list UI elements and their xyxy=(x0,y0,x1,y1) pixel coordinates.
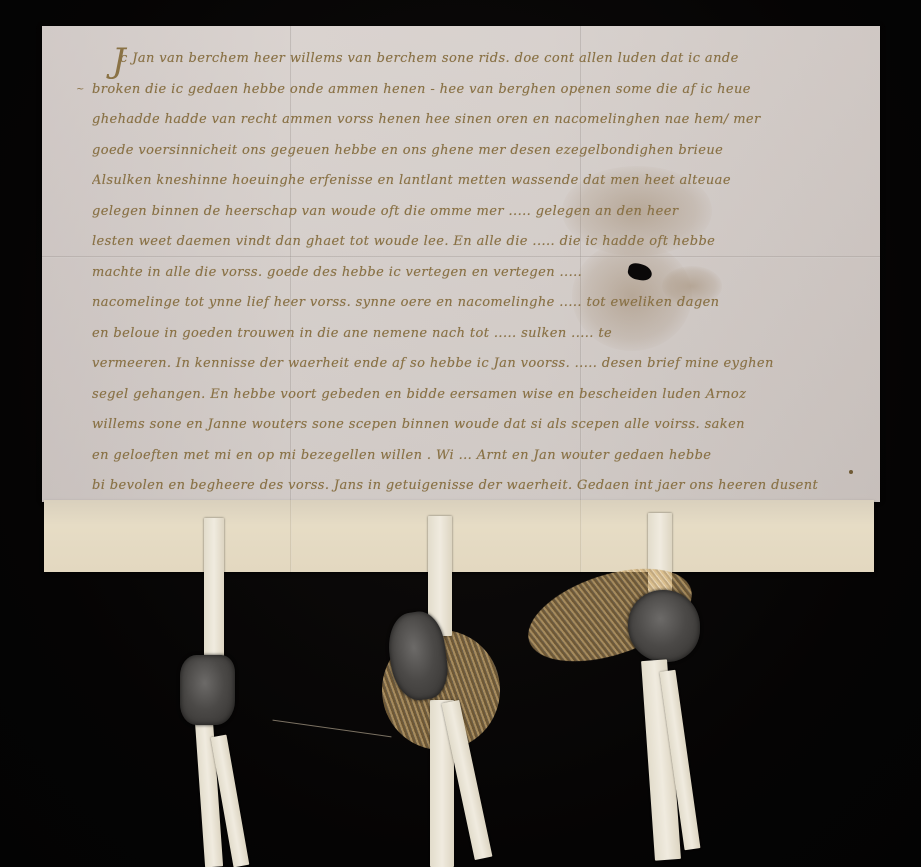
text-line: goede voersinnicheit ons gegeuen hebbe e… xyxy=(92,136,872,167)
text-line: segel gehangen. En hebbe voort gebeden e… xyxy=(92,380,872,411)
text-line: lesten weet daemen vindt dan ghaet tot w… xyxy=(92,227,872,258)
text-line: Alsulken kneshinne hoeuinghe erfenisse e… xyxy=(92,166,872,197)
text-line: machte in alle die vorss. goede des hebb… xyxy=(92,258,872,289)
margin-mark: ~ xyxy=(76,84,84,95)
fold-line xyxy=(290,500,292,572)
seal-tag-left xyxy=(204,518,224,668)
text-line: bi bevolen en begheere des vorss. Jans i… xyxy=(92,471,872,502)
text-line: c Jan van berchem heer willems van berch… xyxy=(92,44,872,75)
ink-dot xyxy=(849,470,853,474)
plica-fold xyxy=(44,500,874,572)
text-line: en geloeften met mi en op mi bezegellen … xyxy=(92,441,872,472)
text-line: gelegen binnen de heerschap van woude of… xyxy=(92,197,872,228)
fold-line xyxy=(580,500,582,572)
wax-seal-left xyxy=(180,655,235,725)
text-line: vermeeren. In kennisse der waerheit ende… xyxy=(92,349,872,380)
wax-seal-right xyxy=(628,590,700,662)
text-line: broken die ic gedaen hebbe onde ammen he… xyxy=(92,75,872,106)
charter-text: c Jan van berchem heer willems van berch… xyxy=(92,44,872,532)
text-line: ghehadde hadde van recht ammen vorss hen… xyxy=(92,105,872,136)
text-line: nacomelinge tot ynne lief heer vorss. sy… xyxy=(92,288,872,319)
text-line: willems sone en Janne wouters sone scepe… xyxy=(92,410,872,441)
text-line: en beloue in goeden trouwen in die ane n… xyxy=(92,319,872,350)
